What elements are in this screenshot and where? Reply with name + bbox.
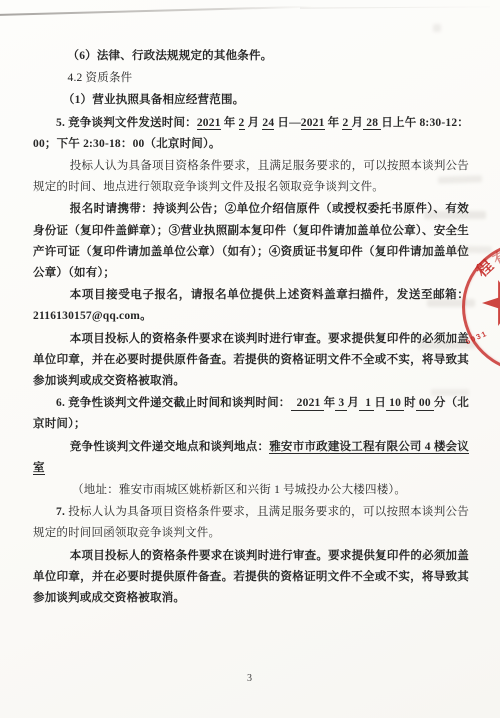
- text-run: 时: [404, 397, 416, 409]
- text-run: 6. 竞争性谈判文件递交截止时间和谈判时间：: [56, 397, 291, 409]
- seal-character-faint: 有: [489, 245, 500, 271]
- paragraph: 5. 竞争谈判文件发送时间：2021 年 2 月 24 日—2021 年 2 月…: [33, 113, 469, 155]
- underlined-text-run: 2021: [197, 117, 221, 131]
- seal-character: 程: [470, 254, 497, 282]
- paragraph: （6）法律、行政法规规定的其他条件。: [33, 46, 469, 67]
- seal-star-icon: [482, 279, 500, 327]
- paragraph: （1）营业执照具备相应经营范围。: [33, 90, 469, 111]
- text-run: 4.2 资质条件: [68, 72, 133, 84]
- text-run: 月: [245, 117, 263, 129]
- text-run: 月: [352, 117, 364, 129]
- page-number: 3: [0, 673, 500, 684]
- text-run: 年: [324, 397, 336, 409]
- paragraph: 报名时请携带：持谈判公告；②单位介绍信原件（或授权委托书原件）、有效身份证（复印…: [33, 199, 469, 284]
- paragraph: （地址：雅安市雨城区姚桥新区和兴街 1 号城投办公大楼四楼）。: [33, 480, 469, 501]
- paragraph: 4.2 资质条件: [33, 68, 469, 89]
- paragraph: 本项目接受电子报名，请报名单位提供上述资料盖章扫描件，发送至邮箱：2116130…: [33, 285, 469, 327]
- text-run: 日—: [274, 117, 301, 129]
- text-run: 月: [347, 397, 359, 409]
- text-run: 竞争性谈判文件递交地点和谈判地点：: [70, 441, 269, 453]
- text-run: 年: [325, 117, 343, 129]
- text-run: 年: [221, 117, 239, 129]
- text-run: 本项目接受电子报名，请报名单位提供上述资料盖章扫描件，发送至邮箱：2116130…: [33, 289, 469, 322]
- scan-line-artifact: [0, 6, 314, 16]
- text-run: 日: [374, 397, 386, 409]
- paragraph: 7. 投标人认为具备项目资格条件要求，且满足服务要求的，可以按照本谈判公告规定的…: [33, 502, 469, 544]
- text-run: 投标人认为具备项目资格条件要求，且满足服务要求的，可以按照本谈判公告规定的时间、…: [33, 160, 469, 193]
- text-run: 7.: [56, 506, 68, 518]
- underlined-text-run: 10: [386, 397, 404, 411]
- text-run: 本项目投标人的资格条件要求在谈判时进行审查。要求提供复印件的必须加盖单位印章，并…: [33, 333, 469, 387]
- document-page: （6）法律、行政法规规定的其他条件。4.2 资质条件（1）营业执照具备相应经营范…: [0, 0, 500, 718]
- scan-line-artifact: [300, 6, 490, 8]
- underlined-text-run: 2021: [291, 397, 324, 411]
- text-run: （地址：雅安市雨城区姚桥新区和兴街 1 号城投办公大楼四楼）。: [72, 484, 406, 496]
- underlined-text-run: 3: [335, 397, 347, 411]
- text-run: 本项目投标人的资格条件要求在谈判时进行审查。要求提供复印件的必须加盖单位印章，并…: [33, 550, 469, 604]
- paragraph: 6. 竞争性谈判文件递交截止时间和谈判时间： 2021 年 3 月 1 日 10…: [33, 393, 469, 435]
- text-run: （6）法律、行政法规规定的其他条件。: [68, 50, 273, 62]
- text-run: 投标人认为具备项目资格条件要求，且满足服务要求的，可以按照本谈判公告规定的时间回…: [33, 506, 469, 539]
- underlined-text-run: 2021: [301, 117, 325, 131]
- document-body: （6）法律、行政法规规定的其他条件。4.2 资质条件（1）营业执照具备相应经营范…: [33, 46, 469, 610]
- paragraph: 本项目投标人的资格条件要求在谈判时进行审查。要求提供复印件的必须加盖单位印章，并…: [33, 329, 469, 393]
- text-run: 5. 竞争谈判文件发送时间：: [56, 117, 197, 129]
- underlined-text-run: 2: [342, 117, 351, 131]
- text-run: （1）营业执照具备相应经营范围。: [63, 94, 244, 106]
- paragraph: 本项目投标人的资格条件要求在谈判时进行审查。要求提供复印件的必须加盖单位印章，并…: [33, 546, 469, 610]
- paragraph: 竞争性谈判文件递交地点和谈判地点：雅安市市政建设工程有限公司 4 楼会议室: [33, 437, 469, 479]
- paragraph: 投标人认为具备项目资格条件要求，且满足服务要求的，可以按照本谈判公告规定的时间、…: [33, 156, 469, 198]
- underlined-text-run: 1: [359, 397, 374, 411]
- text-run: 报名时请携带：持谈判公告；②单位介绍信原件（或授权委托书原件）、有效身份证（复印…: [33, 203, 469, 279]
- bleed-through-artifact: [433, 24, 441, 32]
- underlined-text-run: 28: [363, 117, 381, 131]
- underlined-text-run: 00: [416, 397, 434, 411]
- underlined-text-run: 24: [262, 117, 274, 131]
